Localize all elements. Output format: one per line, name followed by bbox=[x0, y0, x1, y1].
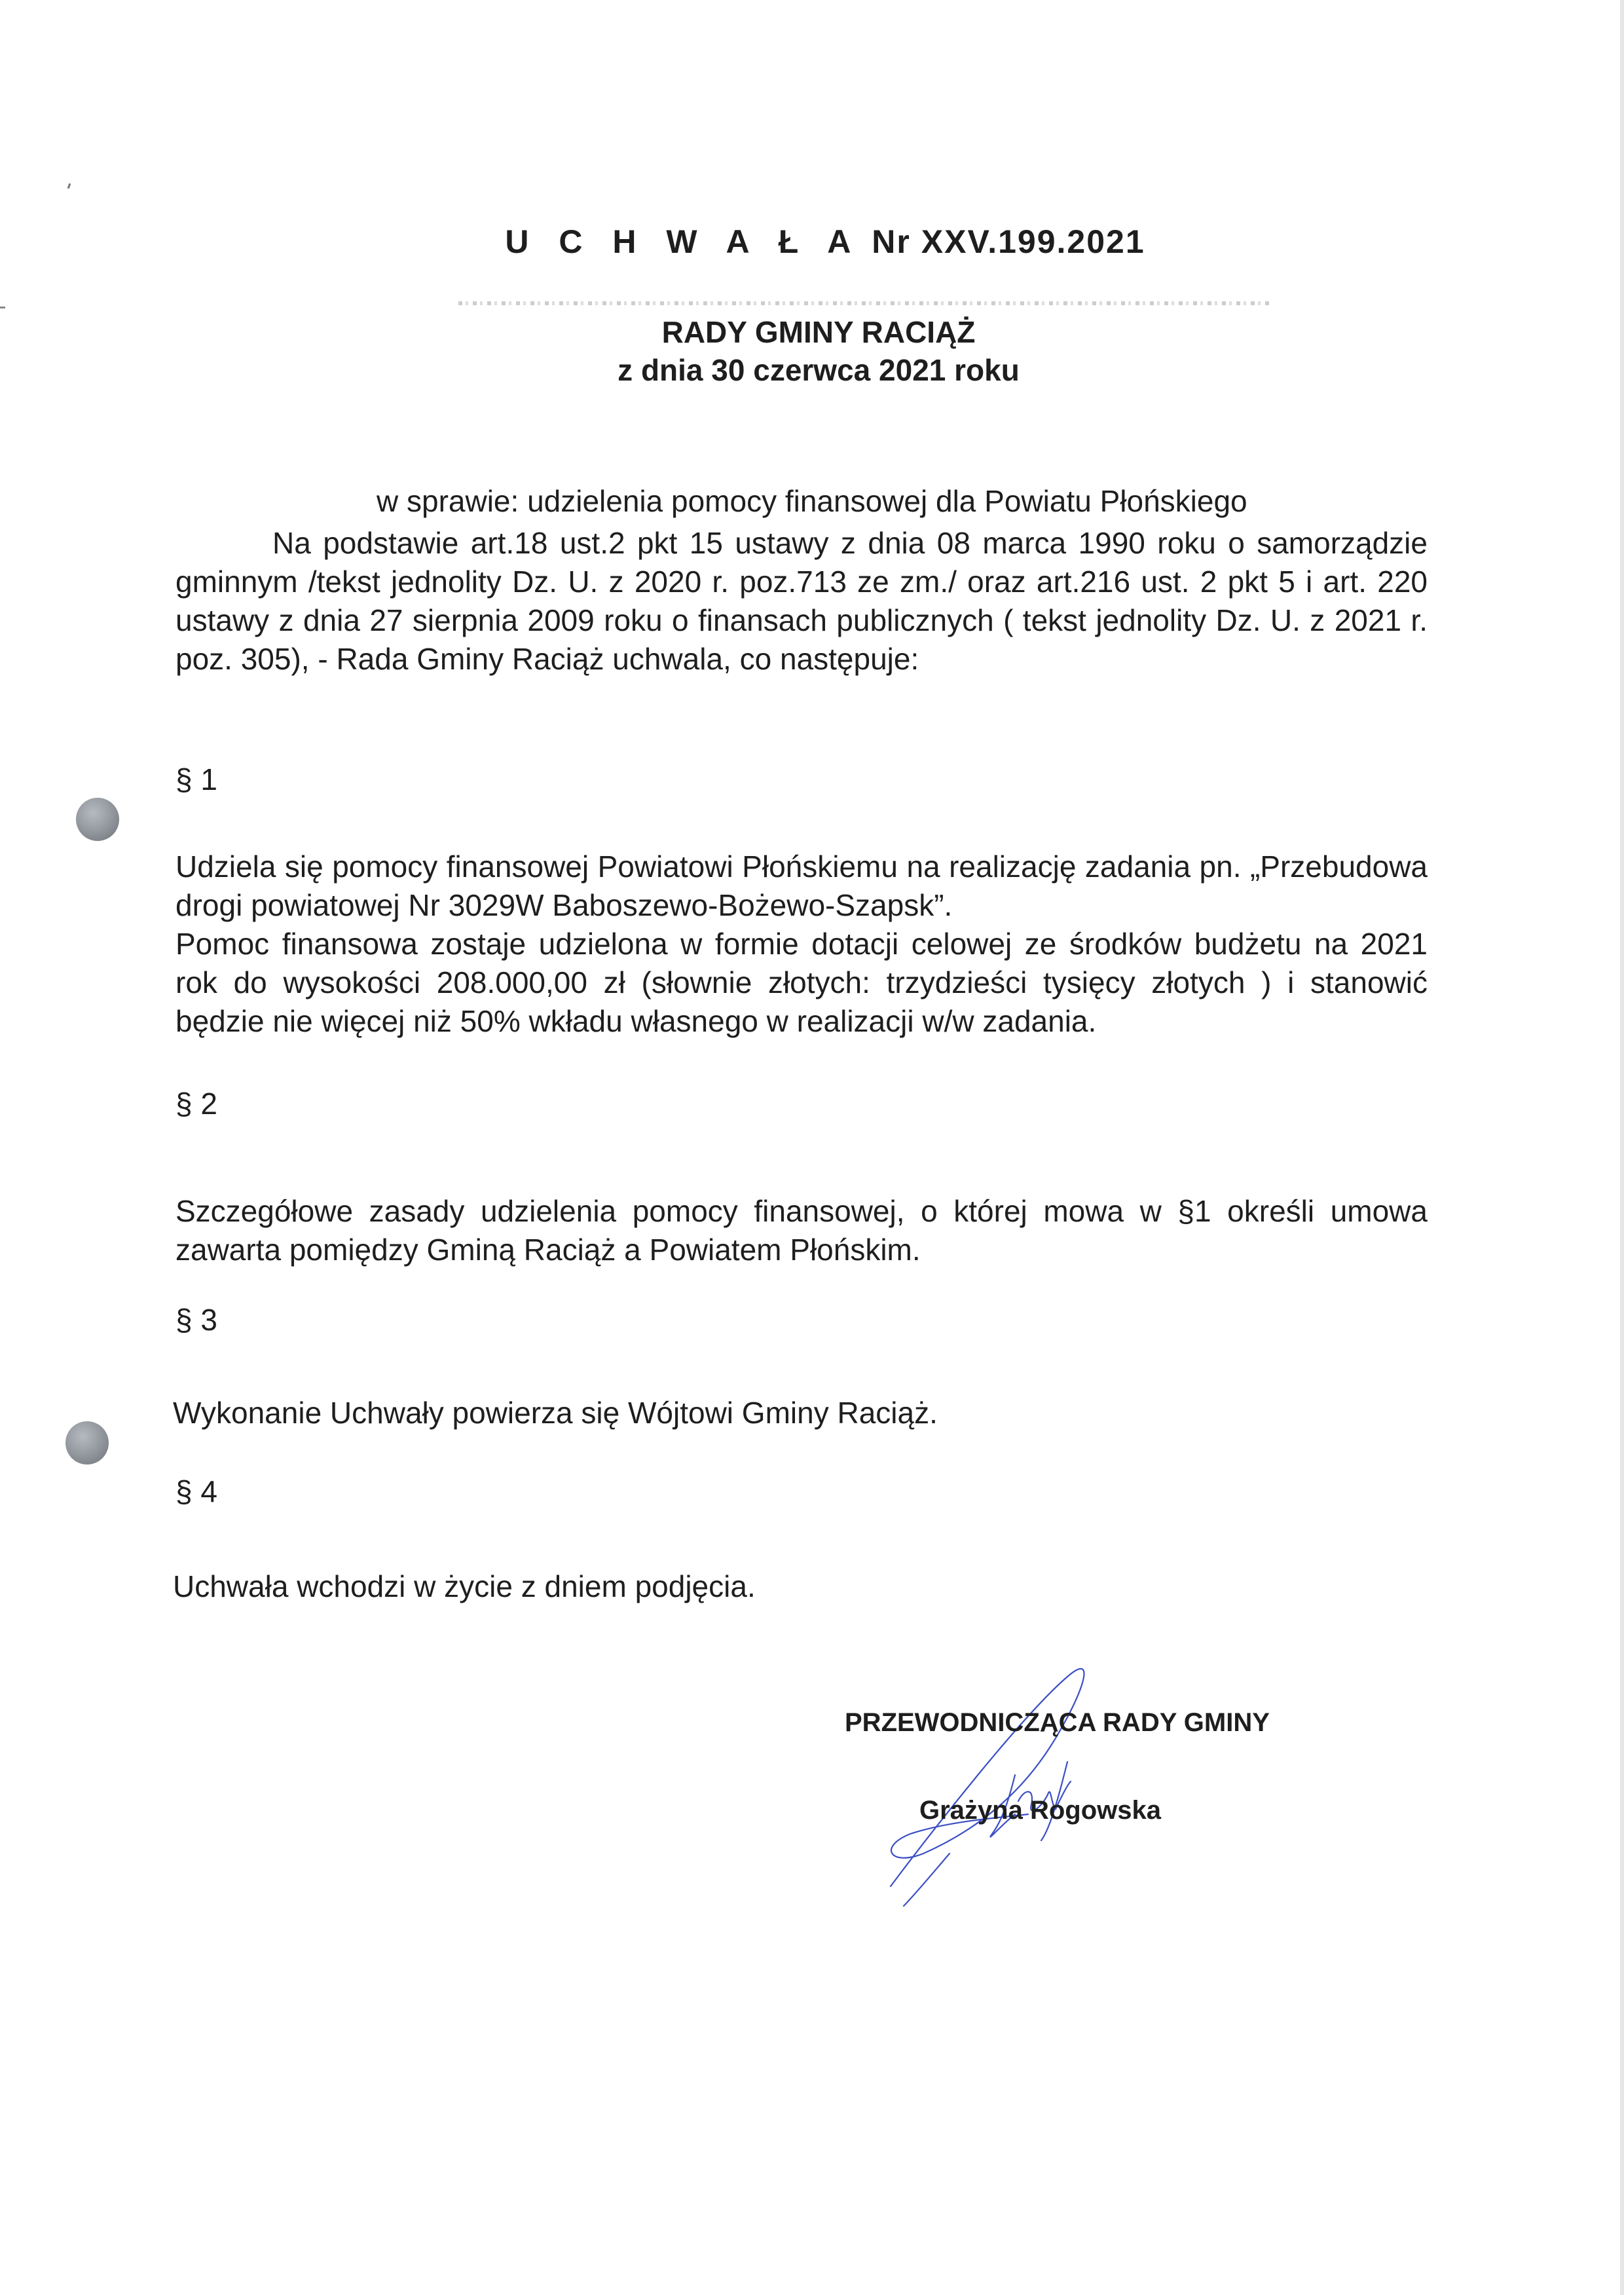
signatory-role: PRZEWODNICZĄCA RADY GMINY bbox=[845, 1708, 1270, 1738]
punch-hole bbox=[76, 798, 119, 841]
punch-hole bbox=[65, 1421, 109, 1465]
paragraph-line: gminnym /tekst jednolity Dz. U. z 2020 r… bbox=[175, 563, 1428, 601]
section-3-label: § 3 bbox=[175, 1302, 217, 1337]
paragraph-line: Szczegółowe zasady udzielenia pomocy fin… bbox=[175, 1192, 1428, 1231]
scanned-document-page: U C H W A Ł A Nr XXV.199.2021 RADY GMINY… bbox=[0, 0, 1624, 2295]
title-word: U C H W A Ł A bbox=[505, 223, 861, 260]
paragraph-line: poz. 305), - Rada Gminy Raciąż uchwala, … bbox=[175, 640, 1428, 679]
resolution-date: z dnia 30 czerwca 2021 roku bbox=[7, 352, 1624, 388]
section-2-text: Szczegółowe zasady udzielenia pomocy fin… bbox=[175, 1192, 1428, 1269]
subject-line: w sprawie: udzielenia pomocy finansowej … bbox=[377, 483, 1247, 519]
paragraph-line: rok do wysokości 208.000,00 zł (słownie … bbox=[175, 963, 1428, 1002]
resolution-title: U C H W A Ł A Nr XXV.199.2021 bbox=[13, 223, 1624, 261]
section-1-text: Udziela się pomocy finansowej Powiatowi … bbox=[175, 848, 1428, 1041]
scan-artifact bbox=[0, 307, 5, 308]
handwritten-signature-icon bbox=[851, 1637, 1218, 1912]
section-4-text: Uchwała wchodzi w życie z dniem podjęcia… bbox=[173, 1569, 756, 1604]
section-3-text: Wykonanie Uchwały powierza się Wójtowi G… bbox=[173, 1395, 938, 1430]
section-4-label: § 4 bbox=[175, 1474, 217, 1509]
section-1-label: § 1 bbox=[175, 762, 217, 797]
section-2-label: § 2 bbox=[175, 1086, 217, 1121]
paragraph-line: Udziela się pomocy finansowej Powiatowi … bbox=[175, 848, 1428, 886]
resolution-number: Nr XXV.199.2021 bbox=[872, 223, 1145, 260]
paragraph-line: będzie nie więcej niż 50% wkładu własneg… bbox=[175, 1002, 1428, 1041]
legal-basis-paragraph: Na podstawie art.18 ust.2 pkt 15 ustawy … bbox=[175, 524, 1428, 679]
paragraph-line: drogi powiatowej Nr 3029W Baboszewo-Boże… bbox=[175, 886, 1428, 925]
paragraph-line: Pomoc finansowa zostaje udzielona w form… bbox=[175, 925, 1428, 963]
council-name: RADY GMINY RACIĄŻ bbox=[7, 314, 1624, 350]
scan-artifact bbox=[67, 183, 71, 189]
paragraph-line: zawarta pomiędzy Gminą Raciąż a Powiatem… bbox=[175, 1231, 1428, 1269]
paragraph-line: ustawy z dnia 27 sierpnia 2009 roku o fi… bbox=[175, 601, 1428, 640]
scan-noise-line bbox=[458, 301, 1270, 305]
paragraph-line: Na podstawie art.18 ust.2 pkt 15 ustawy … bbox=[175, 524, 1428, 563]
signatory-name: Grażyna Rogowska bbox=[919, 1796, 1161, 1825]
